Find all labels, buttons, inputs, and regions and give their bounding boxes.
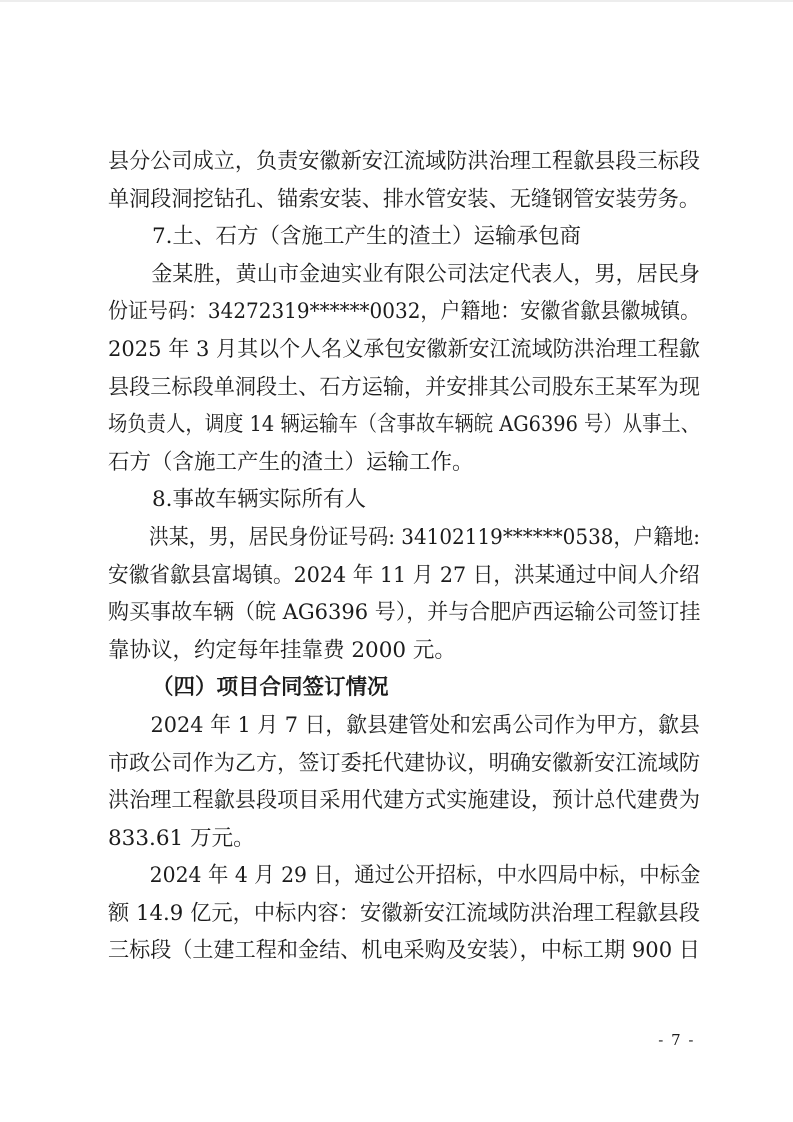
text-line: 靠协议，约定每年挂靠费 2000 元。 <box>108 632 700 670</box>
text-line: 2024 年 4 月 29 日，通过公开招标，中水四局中标，中标金 <box>108 857 669 895</box>
text-line: 县段三标段单洞段土、石方运输，并安排其公司股东王某军为现 <box>108 369 690 407</box>
document-body: 县分公司成立，负责安徽新安江流域防洪治理工程歙县段三标段 单洞段洞挖钻孔、锚索安… <box>108 143 700 970</box>
text-line: 购买事故车辆（皖 AG6396 号），并与合肥庐西运输公司签订挂 <box>108 594 686 632</box>
text-line: 单洞段洞挖钻孔、锚索安装、排水管安装、无缝钢管安装劳务。 <box>108 181 690 219</box>
text-line: 石方（含施工产生的渣土）运输工作。 <box>108 444 700 482</box>
text-line: 2024 年 1 月 7 日，歙县建管处和宏禹公司作为甲方，歙县 <box>108 707 681 745</box>
page-number: - 7 - <box>658 1031 695 1049</box>
text-line: 份证号码：34272319******0032，户籍地：安徽省歙县徽城镇。 <box>108 293 658 331</box>
text-line: 金某胜，黄山市金迪实业有限公司法定代表人，男，居民身 <box>108 256 689 294</box>
text-line: 洪治理工程歙县段项目采用代建方式实施建设，预计总代建费为 <box>108 782 690 820</box>
text-line: 洪某，男，居民身份证号码: 34102119******0538，户籍地: <box>108 519 657 557</box>
text-line: 833.61 万元。 <box>108 820 700 858</box>
text-line: 额 14.9 亿元，中标内容：安徽新安江流域防洪治理工程歙县段 <box>108 895 693 933</box>
document-page: 县分公司成立，负责安徽新安江流域防洪治理工程歙县段三标段 单洞段洞挖钻孔、锚索安… <box>0 0 793 1122</box>
text-line: 县分公司成立，负责安徽新安江流域防洪治理工程歙县段三标段 <box>108 143 690 181</box>
section-4-heading: （四）项目合同签订情况 <box>108 669 700 707</box>
page-top-edge <box>0 0 793 2</box>
text-line: 2025 年 3 月其以个人名义承包安徽新安江流域防洪治理工程歙 <box>108 331 687 369</box>
section-8-heading: 8.事故车辆实际所有人 <box>108 481 700 519</box>
section-7-heading: 7.土、石方（含施工产生的渣土）运输承包商 <box>108 218 700 256</box>
text-line: 安徽省歙县富堨镇。2024 年 11 月 27 日，洪某通过中间人介绍 <box>108 557 676 595</box>
text-line: 市政公司作为乙方，签订委托代建协议，明确安徽新安江流域防 <box>108 745 690 783</box>
text-line: 场负责人，调度 14 辆运输车（含事故车辆皖 AG6396 号）从事土、 <box>108 406 641 444</box>
text-line: 三标段（土建工程和金结、机电采购及安装），中标工期 900 日 <box>108 932 689 970</box>
